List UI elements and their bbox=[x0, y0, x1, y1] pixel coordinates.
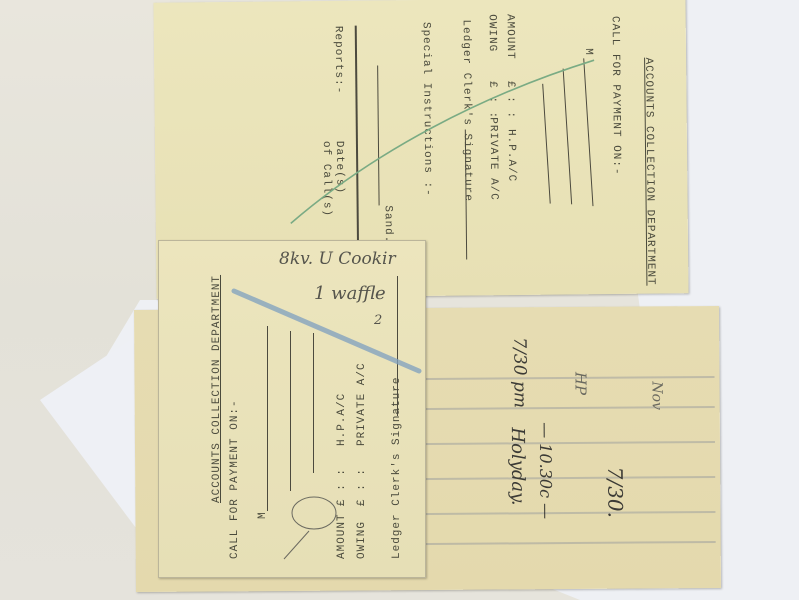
faded-typed-line bbox=[415, 406, 715, 410]
handwritten-note: Nov bbox=[649, 381, 665, 410]
handwritten-time-2: — 10.30c — bbox=[536, 422, 556, 519]
faded-typed-line bbox=[415, 441, 715, 445]
faded-typed-line bbox=[415, 511, 715, 515]
handwritten-cookies: 8kv. U Cookir bbox=[279, 249, 396, 269]
handwritten-hp: HP bbox=[571, 372, 589, 395]
handwritten-time-1: 7/30 pm bbox=[509, 337, 529, 408]
faded-typed-line bbox=[416, 541, 716, 545]
faded-typed-line bbox=[415, 376, 715, 380]
handwritten-time-3: 7/30. bbox=[603, 467, 627, 518]
faded-typed-line bbox=[415, 476, 715, 480]
handwritten-number: 2 bbox=[374, 313, 382, 328]
handwritten-waffle: 1 waffle bbox=[314, 283, 386, 304]
small-torn-payment-card: ACCOUNTS COLLECTION DEPARTMENT CALL FOR … bbox=[158, 240, 426, 578]
handwritten-holyday: Holyday. bbox=[507, 427, 529, 505]
